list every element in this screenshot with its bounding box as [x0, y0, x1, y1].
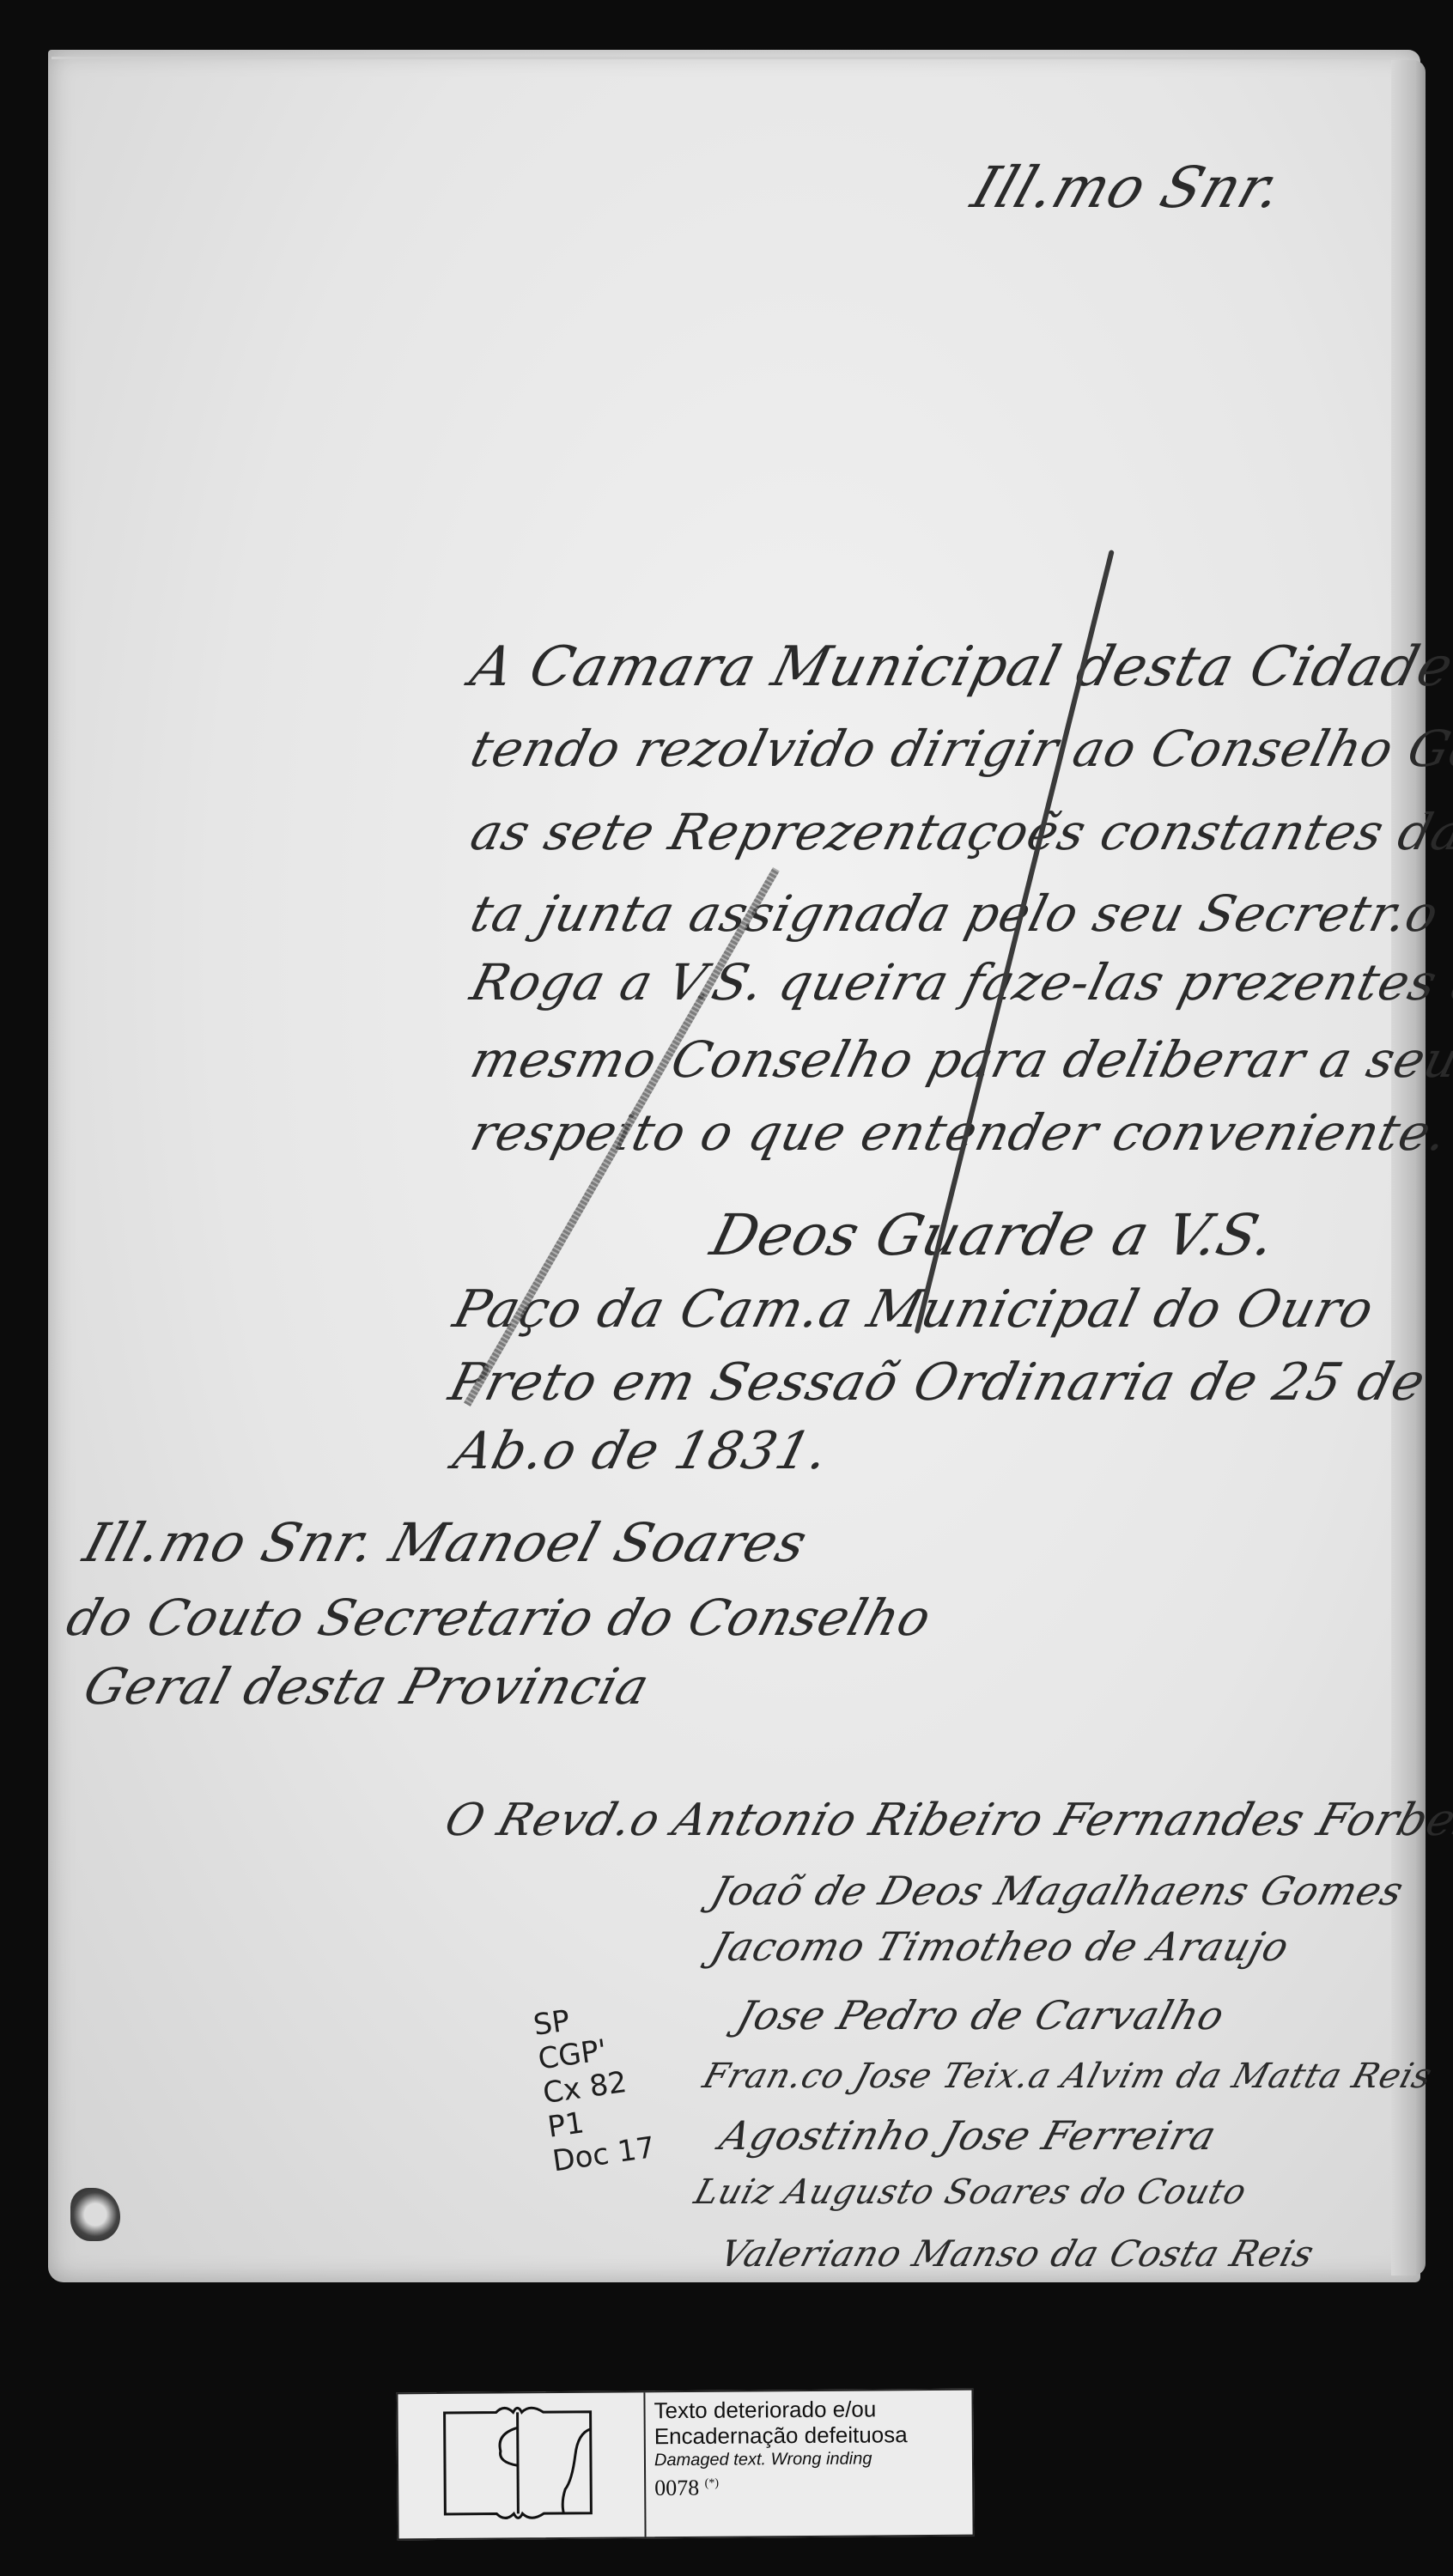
body-line: ta junta assignada pelo seu Secretr.o: [465, 884, 1445, 943]
body-line: A Camara Municipal desta Cidade: [465, 635, 1453, 699]
page-edge: [1391, 60, 1426, 2275]
addressee-line: Ill.mo Snr. Manoel Soares: [77, 1511, 815, 1574]
body-line: mesmo Conselho para deliberar a seu: [465, 1030, 1453, 1089]
page-top-edge: [52, 57, 1391, 59]
label-line-pt-1: Texto deteriorado e/ou: [654, 2396, 907, 2423]
signature: Agostinho Jose Ferreira: [714, 2112, 1222, 2159]
footnote-mark: (*): [705, 2477, 719, 2490]
signature: Luiz Augusto Soares do Couto: [690, 2172, 1251, 2212]
frame-number-value: 0078: [654, 2476, 699, 2500]
signature: Jose Pedro de Carvalho: [732, 1992, 1230, 2038]
label-line-pt-2: Encadernação defeituosa: [654, 2421, 908, 2449]
frame-number: 0078 (*): [654, 2470, 908, 2501]
salutation-top: Ill.mo Snr.: [964, 155, 1292, 221]
damage-label: Texto deteriorado e/ou Encadernação defe…: [396, 2389, 974, 2541]
body-line: tendo rezolvido dirigir ao Conselho Gera…: [465, 720, 1453, 778]
label-line-en: Damaged text. Wrong inding: [654, 2447, 908, 2471]
closing-formula: Deos Guarde a V.S.: [704, 1202, 1282, 1268]
signature: O Revd.o Antonio Ribeiro Fernandes Forbe…: [439, 1795, 1453, 1846]
signature: Valeriano Manso da Costa Reis: [715, 2233, 1319, 2275]
addressee-line: do Couto Secretario do Conselho: [60, 1589, 938, 1647]
place-date-line: Ab.o de 1831.: [447, 1421, 835, 1481]
addressee-line: Geral desta Provincia: [77, 1657, 656, 1716]
signature: Fran.co Jose Teix.a Alvim da Matta Reis: [698, 2057, 1437, 2096]
signature: Joaõ de Deos Magalhaens Gomes: [706, 1868, 1409, 1914]
place-date-line: Preto em Sessaõ Ordinaria de 25 de: [443, 1352, 1432, 1413]
signature: Jacomo Timotheo de Araujo: [706, 1923, 1295, 1970]
body-line: as sete Reprezentaçoẽs constantes da Lis: [465, 803, 1453, 861]
damaged-binding-icon: [398, 2392, 646, 2538]
body-line: Roga a V.S. queira faze-las prezentes ao: [465, 953, 1453, 1012]
